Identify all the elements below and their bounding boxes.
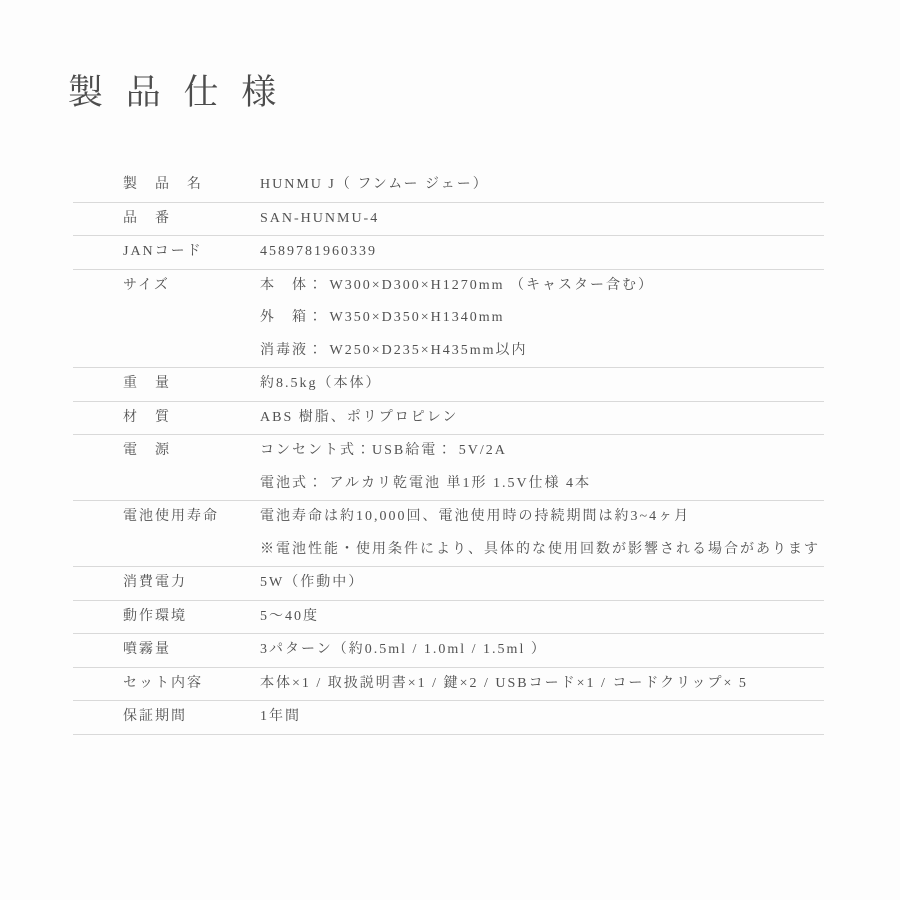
spec-value-line: SAN-HUNMU-4 [260, 203, 824, 236]
product-spec-page: { "page": { "title": "製品仕様" }, "colors":… [0, 0, 900, 900]
spec-label: 噴霧量 [73, 634, 260, 667]
spec-label: 消費電力 [73, 567, 260, 600]
spec-value-line: ABS 樹脂、ポリプロピレン [260, 402, 824, 435]
spec-label: セット内容 [73, 668, 260, 701]
spec-value-line: ※電池性能・使用条件により、具体的な使用回数が影響される場合があります [260, 534, 824, 567]
spec-row-set-contents: セット内容 本体×1 / 取扱説明書×1 / 鍵×2 / USBコード×1 / … [73, 668, 824, 702]
spec-row-product-name: 製 品 名 HUNMU J（ フンムー ジェー） [73, 169, 824, 203]
spec-row-warranty: 保証期間 1年間 [73, 701, 824, 735]
spec-value: ABS 樹脂、ポリプロピレン [260, 402, 824, 435]
spec-value-line: 約8.5kg（本体） [260, 368, 824, 401]
spec-value: HUNMU J（ フンムー ジェー） [260, 169, 824, 202]
spec-row-model-number: 品 番 SAN-HUNMU-4 [73, 203, 824, 237]
spec-value: 5W（作動中） [260, 567, 824, 600]
spec-value-line: 外 箱： W350×D350×H1340mm [260, 302, 824, 335]
spec-value-line: 本 体： W300×D300×H1270mm （キャスター含む） [260, 270, 824, 303]
spec-value: SAN-HUNMU-4 [260, 203, 824, 236]
spec-label: 製 品 名 [73, 169, 260, 202]
spec-value: 1年間 [260, 701, 824, 734]
spec-value-line: 1年間 [260, 701, 824, 734]
spec-table: 製 品 名 HUNMU J（ フンムー ジェー） 品 番 SAN-HUNMU-4… [73, 169, 824, 735]
spec-row-power-source: 電 源 コンセント式：USB給電： 5V/2A 電池式： アルカリ乾電池 単1形… [73, 435, 824, 501]
spec-row-operating-environment: 動作環境 5～40度 [73, 601, 824, 635]
spec-value-line: 本体×1 / 取扱説明書×1 / 鍵×2 / USBコード×1 / コードクリッ… [260, 668, 824, 701]
spec-label: 電池使用寿命 [73, 501, 260, 534]
spec-value: 本 体： W300×D300×H1270mm （キャスター含む） 外 箱： W3… [260, 270, 824, 368]
spec-label: JANコード [73, 236, 260, 269]
spec-label: 材 質 [73, 402, 260, 435]
spec-value-line: HUNMU J（ フンムー ジェー） [260, 169, 824, 202]
spec-label: 保証期間 [73, 701, 260, 734]
spec-row-battery-life: 電池使用寿命 電池寿命は約10,000回、電池使用時の持続期間は約3~4ヶ月 ※… [73, 501, 824, 567]
spec-row-power-consumption: 消費電力 5W（作動中） [73, 567, 824, 601]
spec-value: 約8.5kg（本体） [260, 368, 824, 401]
spec-row-size: サイズ 本 体： W300×D300×H1270mm （キャスター含む） 外 箱… [73, 270, 824, 369]
spec-value: 3パターン（約0.5ml / 1.0ml / 1.5ml ） [260, 634, 824, 667]
spec-row-jan-code: JANコード 4589781960339 [73, 236, 824, 270]
spec-value-line: 消毒液： W250×D235×H435mm以内 [260, 335, 824, 368]
spec-value-line: 電池寿命は約10,000回、電池使用時の持続期間は約3~4ヶ月 [260, 501, 824, 534]
spec-row-spray-volume: 噴霧量 3パターン（約0.5ml / 1.0ml / 1.5ml ） [73, 634, 824, 668]
spec-row-material: 材 質 ABS 樹脂、ポリプロピレン [73, 402, 824, 436]
spec-label: 重 量 [73, 368, 260, 401]
spec-value: コンセント式：USB給電： 5V/2A 電池式： アルカリ乾電池 単1形 1.5… [260, 435, 824, 500]
spec-label: 電 源 [73, 435, 260, 468]
spec-value-line: コンセント式：USB給電： 5V/2A [260, 435, 824, 468]
spec-label: サイズ [73, 270, 260, 303]
spec-value: 電池寿命は約10,000回、電池使用時の持続期間は約3~4ヶ月 ※電池性能・使用… [260, 501, 824, 566]
spec-label: 動作環境 [73, 601, 260, 634]
page-title: 製品仕様 [68, 72, 299, 114]
spec-value-line: 5W（作動中） [260, 567, 824, 600]
spec-value-line: 電池式： アルカリ乾電池 単1形 1.5V仕様 4本 [260, 468, 824, 501]
spec-value: 本体×1 / 取扱説明書×1 / 鍵×2 / USBコード×1 / コードクリッ… [260, 668, 824, 701]
spec-value: 5～40度 [260, 601, 824, 634]
spec-value: 4589781960339 [260, 236, 824, 269]
spec-value-line: 5～40度 [260, 601, 824, 634]
spec-value-line: 4589781960339 [260, 236, 824, 269]
spec-value-line: 3パターン（約0.5ml / 1.0ml / 1.5ml ） [260, 634, 824, 667]
spec-label: 品 番 [73, 203, 260, 236]
spec-row-weight: 重 量 約8.5kg（本体） [73, 368, 824, 402]
